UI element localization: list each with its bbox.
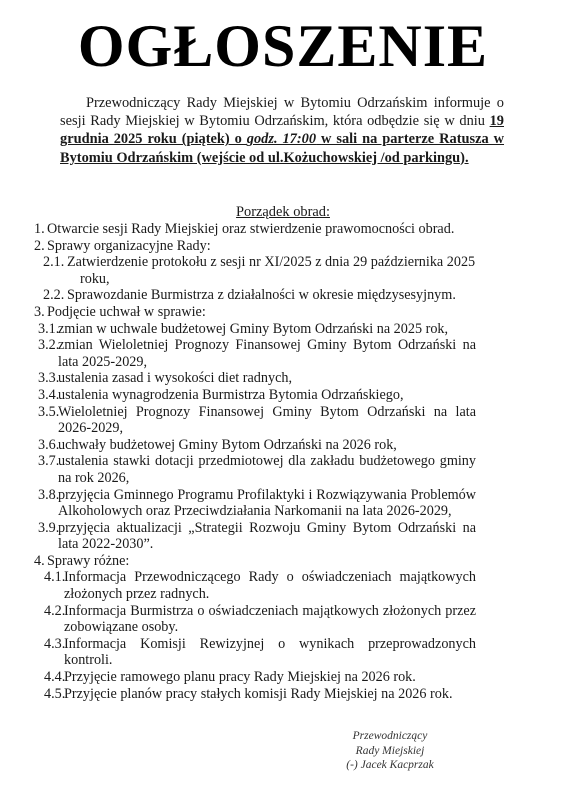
agenda-subitem: 3.7.ustalenia stawki dotacji przedmiotow… [0, 453, 566, 486]
agenda-list: 1.Otwarcie sesji Rady Miejskiej oraz stw… [0, 221, 566, 702]
agenda-subitem: 3.9.przyjęcia aktualizacji „Strategii Ro… [0, 520, 566, 553]
agenda-item: 2.Sprawy organizacyjne Rady: [0, 238, 566, 255]
agenda-subitem: 3.5.Wieloletniej Prognozy Finansowej Gmi… [0, 404, 566, 437]
signature-name: (-) Jacek Kacprzak [320, 758, 460, 773]
agenda-subitem: 3.1.zmian w uchwale budżetowej Gminy Byt… [0, 321, 566, 338]
signature-block: Przewodniczący Rady Miejskiej (-) Jacek … [320, 729, 460, 773]
agenda-item: 1.Otwarcie sesji Rady Miejskiej oraz stw… [0, 221, 566, 238]
intro-text: Przewodniczący Rady Miejskiej w Bytomiu … [60, 95, 504, 129]
agenda-subitem: 4.5.Przyjęcie planów pracy stałych komis… [0, 686, 566, 703]
agenda-subitem: 3.8.przyjęcia Gminnego Programu Profilak… [0, 487, 566, 520]
agenda-subitem: 3.4.ustalenia wynagrodzenia Burmistrza B… [0, 387, 566, 404]
agenda-subitem: 4.2.Informacja Burmistrza o oświadczenia… [0, 603, 566, 636]
agenda-subitem: 4.4.Przyjęcie ramowego planu pracy Rady … [0, 669, 566, 686]
agenda-subitem: 3.3.ustalenia zasad i wysokości diet rad… [0, 370, 566, 387]
agenda-item: 3.Podjęcie uchwał w sprawie: [0, 304, 566, 321]
agenda-subitem: 4.1.Informacja Przewodniczącego Rady o o… [0, 569, 566, 602]
meeting-time: godz. 17:00 [247, 131, 316, 147]
agenda-subitem: 2.2.Sprawozdanie Burmistrza z działalnoś… [0, 287, 566, 304]
agenda-subitem: 4.3.Informacja Komisji Rewizyjnej o wyni… [0, 636, 566, 669]
signature-body: Rady Miejskiej [320, 744, 460, 759]
agenda-subitem: 2.1.Zatwierdzenie protokołu z sesji nr X… [0, 254, 566, 287]
agenda-item: 4.Sprawy różne: [0, 553, 566, 570]
signature-title: Przewodniczący [320, 729, 460, 744]
announcement-intro: Przewodniczący Rady Miejskiej w Bytomiu … [60, 94, 504, 167]
page-title: OGŁOSZENIE [0, 10, 566, 82]
agenda-subitem: 3.6.uchwały budżetowej Gminy Bytom Odrza… [0, 437, 566, 454]
agenda-heading: Porządek obrad: [0, 204, 566, 221]
agenda-subitem: 3.2.zmian Wieloletniej Prognozy Finansow… [0, 337, 566, 370]
